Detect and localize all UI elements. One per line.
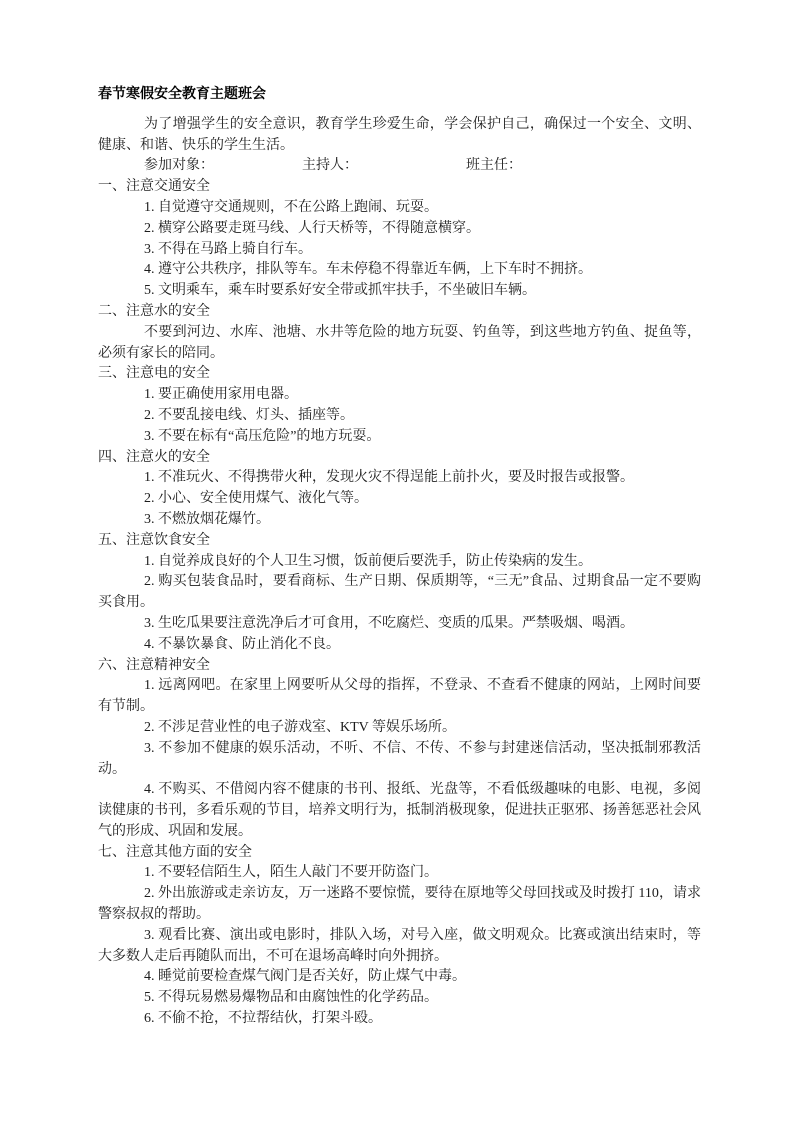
section-1-item-1: 1. 自觉遵守交通规则，不在公路上跑闹、玩耍。 xyxy=(98,198,701,219)
section-7-item-5: 5. 不得玩易燃易爆物品和由腐蚀性的化学药品。 xyxy=(98,988,701,1009)
participants-label: 参加对象： xyxy=(144,158,214,173)
host-label: 主持人： xyxy=(302,158,358,173)
section-6-item-4: 4. 不购买、不借阅内容不健康的书刊、报纸、光盘等，不看低级趣味的电影、电视，多… xyxy=(98,780,701,842)
section-7-item-4: 4. 睡觉前要检查煤气阀门是否关好，防止煤气中毒。 xyxy=(98,967,701,988)
section-1-item-4: 4. 遵守公共秩序，排队等车。车未停稳不得靠近车俩，上下车时不拥挤。 xyxy=(98,260,701,281)
section-5-item-2: 2. 购买包装食品时，要看商标、生产日期、保质期等，“三无”食品、过期食品一定不… xyxy=(98,572,701,614)
section-6-item-1: 1. 远离网吧。在家里上网要听从父母的指挥，不登录、不查看不健康的网站，上网时间… xyxy=(98,676,701,718)
section-4-item-1: 1. 不准玩火、不得携带火种，发现火灾不得逞能上前扑火，要及时报告或报警。 xyxy=(98,468,701,489)
section-5-item-3: 3. 生吃瓜果要注意洗净后才可食用，不吃腐烂、变质的瓜果。严禁吸烟、喝酒。 xyxy=(98,614,701,635)
section-4-item-3: 3. 不燃放烟花爆竹。 xyxy=(98,510,701,531)
document-page: 春节寒假安全教育主题班会 为了增强学生的安全意识，教育学生珍爱生命，学会保护自己… xyxy=(0,0,793,1122)
section-2-paragraph: 不要到河边、水库、池塘、水井等危险的地方玩耍、钓鱼等，到这些地方钓鱼、捉鱼等，必… xyxy=(98,323,701,365)
section-3-item-2: 2. 不要乱接电线、灯头、插座等。 xyxy=(98,406,701,427)
section-7-item-2: 2. 外出旅游或走亲访友，万一迷路不要惊慌，要待在原地等父母回找或及时拨打 11… xyxy=(98,884,701,926)
section-5-heading: 五、注意饮食安全 xyxy=(98,531,701,552)
section-6-heading: 六、注意精神安全 xyxy=(98,656,701,677)
section-7-item-3: 3. 观看比赛、演出或电影时，排队入场，对号入座，做文明观众。比赛或演出结束时，… xyxy=(98,926,701,968)
section-7-heading: 七、注意其他方面的安全 xyxy=(98,843,701,864)
section-5-item-4: 4. 不暴饮暴食、防止消化不良。 xyxy=(98,635,701,656)
document-title: 春节寒假安全教育主题班会 xyxy=(98,85,701,106)
section-2-heading: 二、注意水的安全 xyxy=(98,302,701,323)
section-6-item-3: 3. 不参加不健康的娱乐活动，不听、不信、不传、不参与封建迷信活动，坚决抵制邪教… xyxy=(98,739,701,781)
section-1-item-5: 5. 文明乘车，乘车时要系好安全带或抓牢扶手，不坐破旧车辆。 xyxy=(98,281,701,302)
intro-paragraph: 为了增强学生的安全意识，教育学生珍爱生命，学会保护自己，确保过一个安全、文明、健… xyxy=(98,115,701,157)
section-3-item-1: 1. 要正确使用家用电器。 xyxy=(98,385,701,406)
section-3-item-3: 3. 不要在标有“高压危险”的地方玩耍。 xyxy=(98,427,701,448)
section-4-heading: 四、注意火的安全 xyxy=(98,448,701,469)
section-6-item-2: 2. 不涉足营业性的电子游戏室、KTV 等娱乐场所。 xyxy=(98,718,701,739)
section-7-item-6: 6. 不偷不抢，不拉帮结伙，打架斗殴。 xyxy=(98,1009,701,1030)
section-4-item-2: 2. 小心、安全使用煤气、液化气等。 xyxy=(98,489,701,510)
section-1-heading: 一、注意交通安全 xyxy=(98,177,701,198)
section-1-item-2: 2. 横穿公路要走斑马线、人行天桥等，不得随意横穿。 xyxy=(98,219,701,240)
section-3-heading: 三、注意电的安全 xyxy=(98,364,701,385)
info-line: 参加对象：主持人：班主任： xyxy=(98,156,701,177)
class-teacher-label: 班主任： xyxy=(466,158,522,173)
section-7-item-1: 1. 不要轻信陌生人，陌生人敲门不要开防盗门。 xyxy=(98,863,701,884)
section-1-item-3: 3. 不得在马路上骑自行车。 xyxy=(98,240,701,261)
section-5-item-1: 1. 自觉养成良好的个人卫生习惯，饭前便后要洗手，防止传染病的发生。 xyxy=(98,552,701,573)
